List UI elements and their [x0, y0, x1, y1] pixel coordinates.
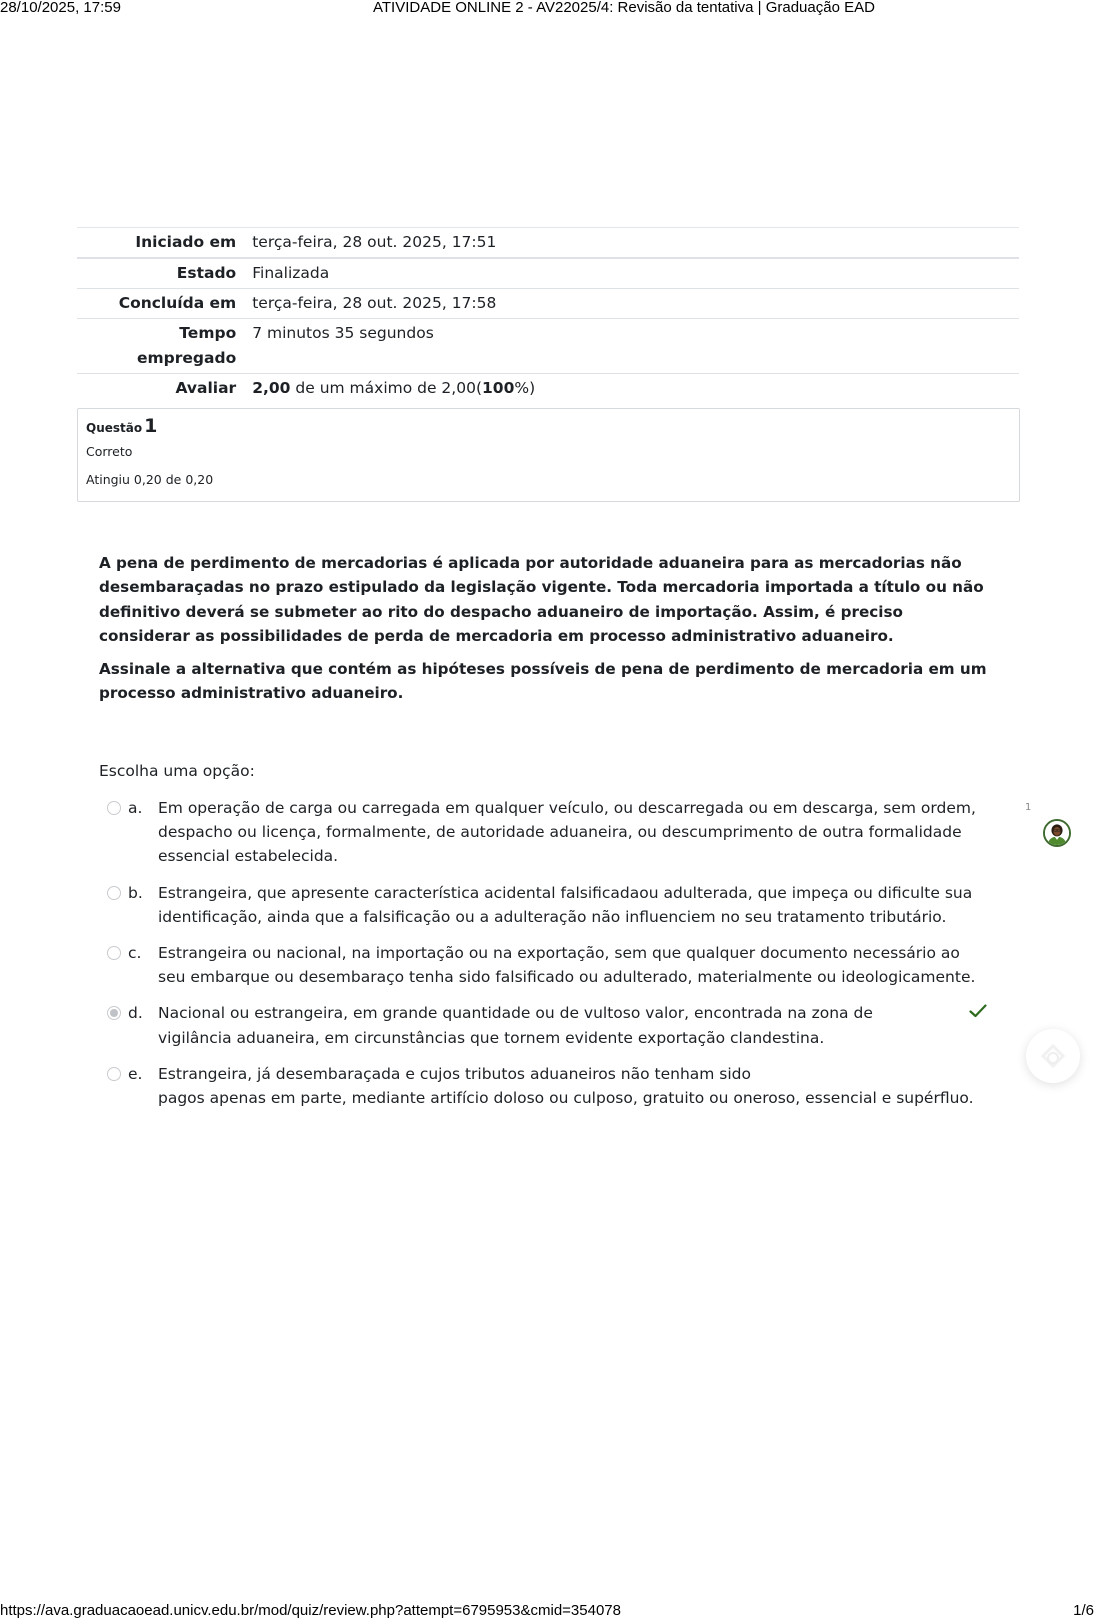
- grade-end: %): [514, 379, 535, 397]
- answer-option-c[interactable]: c. Estrangeira ou nacional, na importaçã…: [107, 941, 1002, 989]
- answer-text: Estrangeira, já desembaraçada e cujos tr…: [158, 1062, 1002, 1110]
- user-avatar-icon[interactable]: [1043, 819, 1071, 847]
- summary-row-started: Iniciado em terça-feira, 28 out. 2025, 1…: [77, 228, 1019, 259]
- question-info-box: Questão1 Correto Atingiu 0,20 de 0,20: [77, 408, 1020, 502]
- print-footer: https://ava.graduacaoead.unicv.edu.br/mo…: [0, 1603, 1094, 1623]
- floating-help-button[interactable]: [1026, 1029, 1080, 1083]
- answer-option-d[interactable]: d. Nacional ou estrangeira, em grande qu…: [107, 1001, 1002, 1049]
- answer-prompt: Escolha uma opção:: [99, 760, 255, 782]
- question-grade: Atingiu 0,20 de 0,20: [86, 471, 1011, 489]
- grade-value: 2,00 de um máximo de 2,00(100%): [244, 374, 1019, 404]
- grade-percent: 100: [482, 379, 514, 397]
- time-value: 7 minutos 35 segundos: [244, 319, 1019, 374]
- completed-label: Concluída em: [77, 289, 244, 319]
- radio-d-selected[interactable]: [107, 1006, 121, 1020]
- time-label: Tempo empregado: [77, 319, 244, 374]
- state-value: Finalizada: [244, 258, 1019, 289]
- question-paragraph-1: A pena de perdimento de mercadorias é ap…: [99, 551, 999, 649]
- started-value: terça-feira, 28 out. 2025, 17:51: [244, 228, 1019, 259]
- summary-row-state: Estado Finalizada: [77, 258, 1019, 289]
- answer-list: a. Em operação de carga ou carregada em …: [107, 796, 1002, 1122]
- print-page-number: 1/6: [1073, 1603, 1094, 1619]
- completed-value: terça-feira, 28 out. 2025, 17:58: [244, 289, 1019, 319]
- question-num: 1: [144, 415, 157, 437]
- attempt-summary-table: Iniciado em terça-feira, 28 out. 2025, 1…: [77, 227, 1019, 403]
- answer-option-b[interactable]: b. Estrangeira, que apresente caracterís…: [107, 881, 1002, 929]
- answer-text: Em operação de carga ou carregada em qua…: [158, 796, 1002, 869]
- answer-letter: c.: [128, 941, 158, 965]
- answer-text: Estrangeira, que apresente característic…: [158, 881, 1002, 929]
- summary-row-grade: Avaliar 2,00 de um máximo de 2,00(100%): [77, 374, 1019, 404]
- print-url: https://ava.graduacaoead.unicv.edu.br/mo…: [0, 1603, 621, 1619]
- question-state: Correto: [86, 443, 1011, 461]
- answer-letter: d.: [128, 1001, 158, 1025]
- grade-score: 2,00: [252, 379, 290, 397]
- answer-option-a[interactable]: a. Em operação de carga ou carregada em …: [107, 796, 1002, 869]
- answer-letter: e.: [128, 1062, 158, 1086]
- radio-a[interactable]: [107, 801, 121, 815]
- print-header: 28/10/2025, 17:59 ATIVIDADE ONLINE 2 - A…: [0, 0, 1094, 20]
- print-datetime: 28/10/2025, 17:59: [0, 0, 121, 16]
- answer-text: Estrangeira ou nacional, na importação o…: [158, 941, 1002, 989]
- answer-letter: b.: [128, 881, 158, 905]
- summary-row-time: Tempo empregado 7 minutos 35 segundos: [77, 319, 1019, 374]
- side-badge-count: 1: [1025, 802, 1031, 813]
- started-label: Iniciado em: [77, 228, 244, 259]
- grade-mid: de um máximo de 2,00(: [290, 379, 482, 397]
- avatar-figure-icon: [1045, 821, 1069, 845]
- question-paragraph-2: Assinale a alternativa que contém as hip…: [99, 657, 999, 706]
- radio-e[interactable]: [107, 1067, 121, 1081]
- correct-check-icon: [969, 1004, 987, 1018]
- grade-label: Avaliar: [77, 374, 244, 404]
- answer-option-e[interactable]: e. Estrangeira, já desembaraçada e cujos…: [107, 1062, 1002, 1110]
- answer-letter: a.: [128, 796, 158, 820]
- state-label: Estado: [77, 258, 244, 289]
- answer-text: Nacional ou estrangeira, em grande quant…: [158, 1001, 1002, 1049]
- summary-row-completed: Concluída em terça-feira, 28 out. 2025, …: [77, 289, 1019, 319]
- radio-b[interactable]: [107, 886, 121, 900]
- radio-c[interactable]: [107, 946, 121, 960]
- question-text: A pena de perdimento de mercadorias é ap…: [99, 551, 999, 705]
- question-number: Questão1: [86, 415, 1011, 439]
- print-title: ATIVIDADE ONLINE 2 - AV22025/4: Revisão …: [373, 0, 875, 16]
- question-label: Questão: [86, 421, 142, 435]
- help-chat-icon: [1026, 1029, 1080, 1083]
